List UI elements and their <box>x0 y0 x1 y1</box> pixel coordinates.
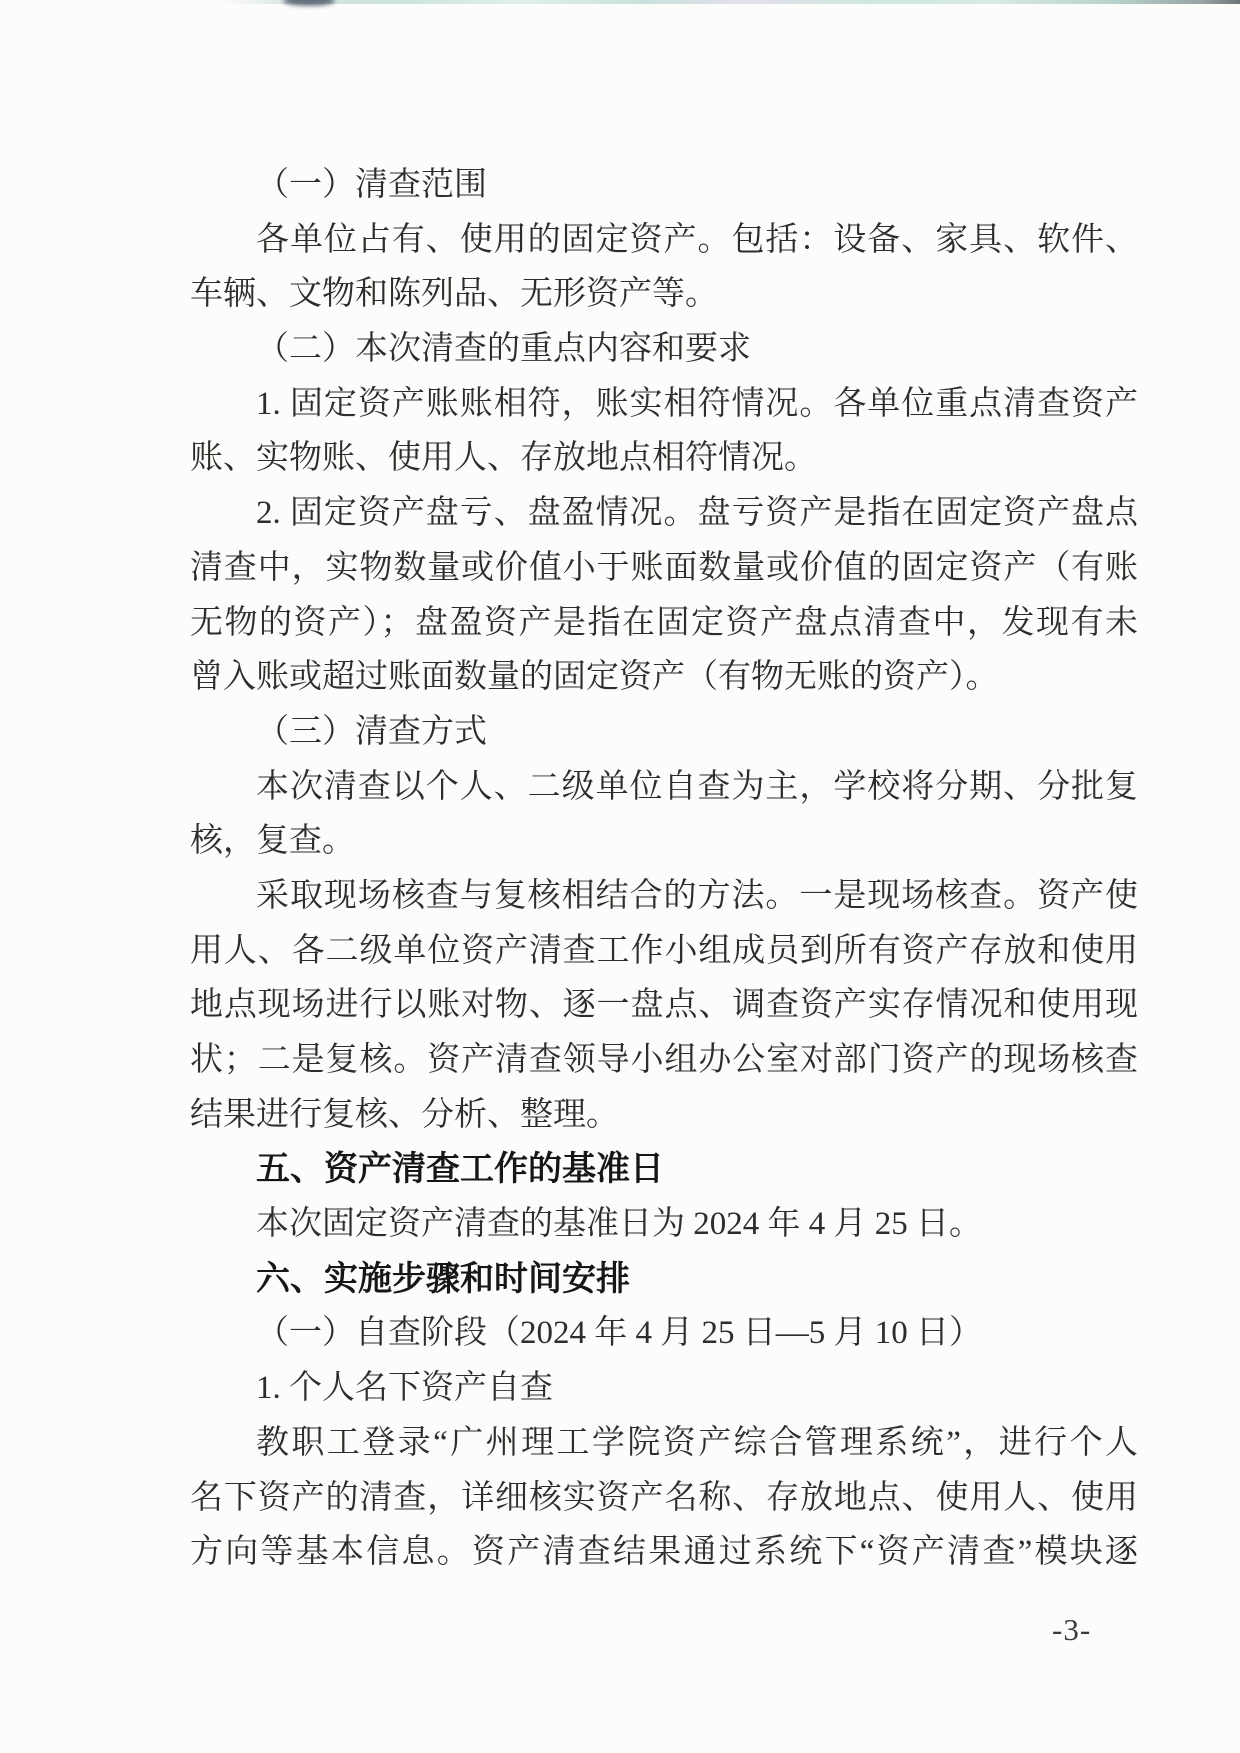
section-heading-6: 六、实施步骤和时间安排 <box>190 1252 1138 1307</box>
body-line: 地点现场进行以账对物、逐一盘点、调查资产实存情况和使用现 <box>190 978 1138 1033</box>
document-page: （一）清查范围 各单位占有、使用的固定资产。包括：设备、家具、软件、 车辆、文物… <box>0 0 1240 1753</box>
page-number: -3- <box>1052 1612 1091 1648</box>
subsection-heading-3: （三）清查方式 <box>190 705 1138 760</box>
body-line: 1. 固定资产账账相符，账实相符情况。各单位重点清查资产 <box>190 377 1138 432</box>
body-line: 无物的资产）；盘盈资产是指在固定资产盘点清查中，发现有未 <box>190 596 1138 651</box>
section-heading-5: 五、资产清查工作的基准日 <box>190 1142 1138 1197</box>
body-line: 方向等基本信息。资产清查结果通过系统下“资产清查”模块逐 <box>190 1525 1138 1580</box>
body-line: 名下资产的清查，详细核实资产名称、存放地点、使用人、使用 <box>190 1471 1138 1526</box>
subsection-heading-stage: （一）自查阶段（2024 年 4 月 25 日—5 月 10 日） <box>190 1306 1138 1361</box>
body-line: 核，复查。 <box>190 814 1138 869</box>
body-line: 曾入账或超过账面数量的固定资产（有物无账的资产）。 <box>190 650 1138 705</box>
document-body: （一）清查范围 各单位占有、使用的固定资产。包括：设备、家具、软件、 车辆、文物… <box>190 158 1138 1580</box>
body-line: 教职工登录“广州理工学院资产综合管理系统”，进行个人 <box>190 1416 1138 1471</box>
subsection-heading-2: （二）本次清查的重点内容和要求 <box>190 322 1138 377</box>
body-line: 本次清查以个人、二级单位自查为主，学校将分期、分批复 <box>190 760 1138 815</box>
body-line: 车辆、文物和陈列品、无形资产等。 <box>190 267 1138 322</box>
body-line: 结果进行复核、分析、整理。 <box>190 1088 1138 1143</box>
scan-artifact-line <box>0 0 1240 4</box>
list-item-heading: 1. 个人名下资产自查 <box>190 1361 1138 1416</box>
body-line: 采取现场核查与复核相结合的方法。一是现场核查。资产使 <box>190 869 1138 924</box>
body-line: 用人、各二级单位资产清查工作小组成员到所有资产存放和使用 <box>190 924 1138 979</box>
body-line: 各单位占有、使用的固定资产。包括：设备、家具、软件、 <box>190 213 1138 268</box>
body-line: 本次固定资产清查的基准日为 2024 年 4 月 25 日。 <box>190 1197 1138 1252</box>
subsection-heading-1: （一）清查范围 <box>190 158 1138 213</box>
scan-smudge-mark <box>283 0 335 6</box>
body-line: 2. 固定资产盘亏、盘盈情况。盘亏资产是指在固定资产盘点 <box>190 486 1138 541</box>
body-line: 账、实物账、使用人、存放地点相符情况。 <box>190 431 1138 486</box>
body-line: 清查中，实物数量或价值小于账面数量或价值的固定资产（有账 <box>190 541 1138 596</box>
body-line: 状；二是复核。资产清查领导小组办公室对部门资产的现场核查 <box>190 1033 1138 1088</box>
